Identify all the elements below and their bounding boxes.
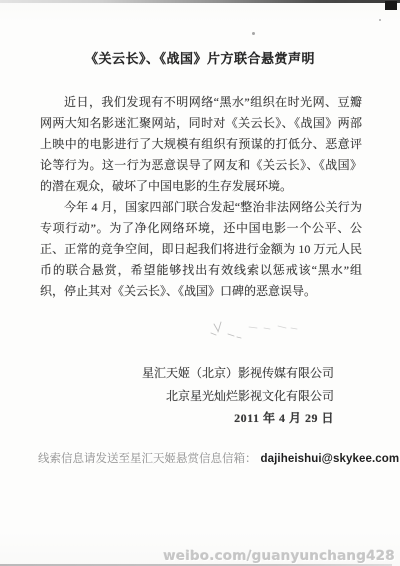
contact-line: 线索信息请发送至星汇天姬悬赏信息信箱：dajiheishui@skykee.co… (38, 450, 399, 466)
contact-email: dajiheishui@skykee.com (261, 453, 400, 465)
contact-label: 线索信息请发送至星汇天姬悬赏信息信箱： (38, 453, 257, 465)
weibo-watermark: weibo.com/guanyunchang428 (163, 548, 395, 564)
paragraph-2: 今年 4 月，国家四部门联合发起“整治非法网络公关行为专项行动”。为了净化网络环… (40, 197, 362, 302)
document-title: 《关云长》、《战国》片方联合悬赏声明 (0, 48, 400, 67)
signatory-company-1: 星汇天姬（北京）影视传媒有限公司 (142, 362, 334, 385)
paragraph-1: 近日，我们发现有不明网络“黑水”组织在时光网、豆瓣网两大知名影迷汇聚网站，同时对… (40, 92, 362, 197)
document-body: 近日，我们发现有不明网络“黑水”组织在时光网、豆瓣网两大知名影迷汇聚网站，同时对… (40, 92, 362, 302)
signature-block: 星汇天姬（北京）影视传媒有限公司 北京星光灿烂影视文化有限公司 2011 年 4… (142, 362, 334, 430)
scan-top-edge (0, 0, 400, 3)
scan-corner-mark (385, 1, 397, 10)
scan-speck (379, 19, 381, 21)
signatory-company-2: 北京星光灿烂影视文化有限公司 (142, 385, 334, 408)
document-date: 2011 年 4 月 29 日 (142, 407, 334, 430)
handwritten-scribble (185, 313, 325, 348)
scanned-document: 《关云长》、《战国》片方联合悬赏声明 近日，我们发现有不明网络“黑水”组织在时光… (0, 0, 400, 566)
scan-speck (252, 32, 255, 35)
